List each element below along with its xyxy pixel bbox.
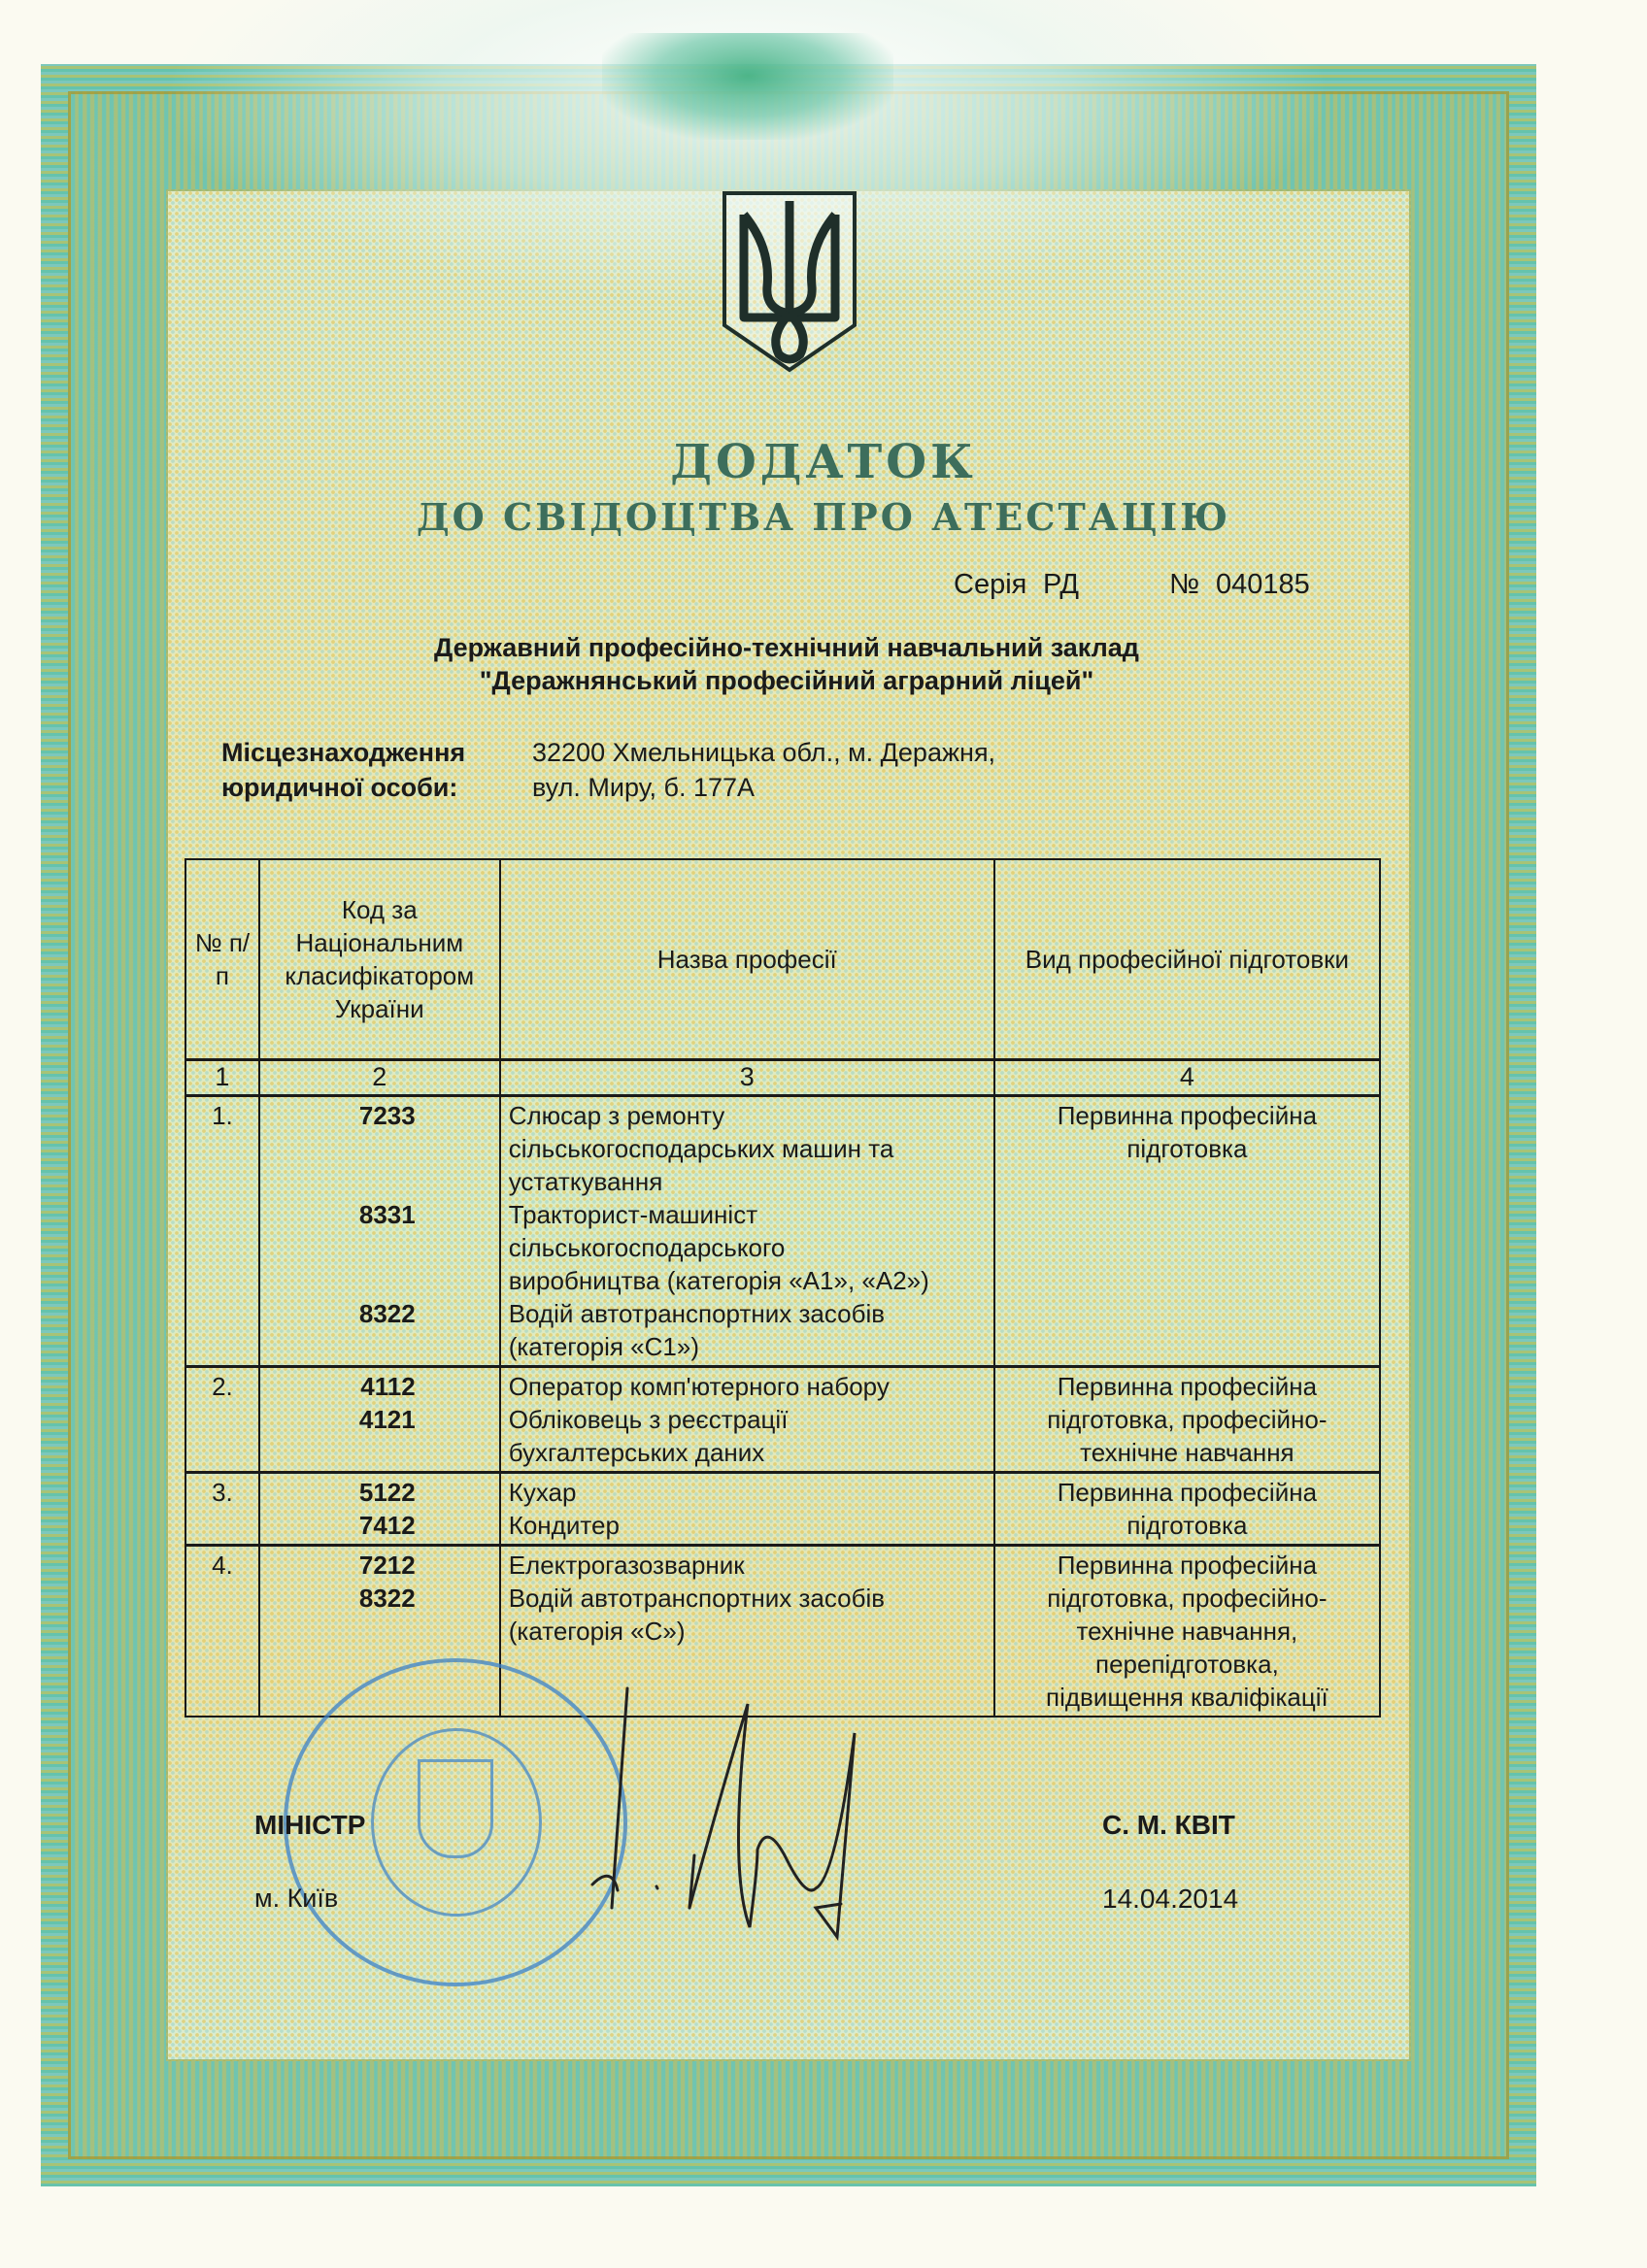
number-label: № bbox=[1169, 569, 1216, 601]
profession-name-line: (категорія «С1») bbox=[509, 1330, 986, 1363]
training-type-line: перепідготовка, bbox=[1003, 1648, 1371, 1681]
table-row: 2.41124121Оператор комп'ютерного наборуО… bbox=[185, 1367, 1380, 1473]
location-value: 32200 Хмельницька обл., м. Деражня, вул.… bbox=[532, 735, 995, 805]
profession-name-line: Слюсар з ремонту bbox=[509, 1099, 986, 1132]
code-spacer bbox=[268, 1231, 491, 1264]
table-row: 1.723383318322Слюсар з ремонтусільського… bbox=[185, 1096, 1380, 1367]
location-value-line: вул. Миру, б. 177А bbox=[532, 770, 995, 805]
institution-line-1: Державний професійно-технічний навчальни… bbox=[291, 631, 1282, 664]
profession-name-line: бухгалтерських даних bbox=[509, 1436, 986, 1469]
document-subtitle: ДО СВІДОЦТВА ПРО АТЕСТАЦІЮ bbox=[0, 495, 1647, 539]
profession-code: 4121 bbox=[268, 1403, 491, 1436]
location-value-line: 32200 Хмельницька обл., м. Деражня, bbox=[532, 735, 995, 770]
profession-name-line: виробництва (категорія «А1», «А2») bbox=[509, 1264, 986, 1297]
profession-names: КухарКондитер bbox=[500, 1473, 994, 1546]
training-type-line: підготовка, професійно- bbox=[1003, 1403, 1371, 1436]
training-type: Первинна професійнапідготовка, професійн… bbox=[994, 1367, 1380, 1473]
header-training-type: Вид професійної підготовки bbox=[994, 859, 1380, 1060]
header-code: Код за Національним класифікатором Украї… bbox=[259, 859, 500, 1060]
issue-date: 14.04.2014 bbox=[1102, 1884, 1238, 1915]
profession-name-line: Тракторист-машиніст bbox=[509, 1198, 986, 1231]
document-title: ДОДАТОК bbox=[0, 435, 1647, 489]
code-spacer bbox=[268, 1330, 491, 1363]
series-value: РД bbox=[1043, 569, 1169, 601]
header-profession: Назва професії bbox=[500, 859, 994, 1060]
code-spacer bbox=[268, 1615, 491, 1648]
series-label: Серія bbox=[954, 569, 1043, 601]
code-spacer bbox=[268, 1264, 491, 1297]
profession-codes: 723383318322 bbox=[259, 1096, 500, 1367]
table-header-row: № п/п Код за Національним класифікатором… bbox=[185, 859, 1380, 1060]
row-number: 3. bbox=[185, 1473, 259, 1546]
column-number-row: 1 2 3 4 bbox=[185, 1060, 1380, 1096]
profession-codes: 41124121 bbox=[259, 1367, 500, 1473]
profession-code: 4112 bbox=[268, 1370, 491, 1403]
code-spacer bbox=[268, 1132, 491, 1165]
profession-name-line: устаткування bbox=[509, 1165, 986, 1198]
profession-code: 7212 bbox=[268, 1549, 491, 1582]
code-spacer bbox=[268, 1436, 491, 1469]
location-label-line: Місцезнаходження bbox=[221, 735, 465, 770]
training-type-line: технічне навчання, bbox=[1003, 1615, 1371, 1648]
series-number: СеріяРД№040185 bbox=[954, 569, 1310, 601]
row-number: 2. bbox=[185, 1367, 259, 1473]
ukraine-trident-emblem-icon bbox=[721, 189, 858, 374]
profession-code: 7233 bbox=[268, 1099, 491, 1132]
header-number: № п/п bbox=[185, 859, 259, 1060]
professions-table: № п/п Код за Національним класифікатором… bbox=[185, 858, 1381, 1718]
signatory-title: МІНІСТР bbox=[254, 1810, 365, 1841]
profession-codes: 51227412 bbox=[259, 1473, 500, 1546]
training-type-line: підготовка bbox=[1003, 1509, 1371, 1542]
profession-code: 8322 bbox=[268, 1297, 491, 1330]
profession-name-line: сільськогосподарського bbox=[509, 1231, 986, 1264]
column-number: 3 bbox=[500, 1060, 994, 1096]
table-row: 3.51227412КухарКондитерПервинна професій… bbox=[185, 1473, 1380, 1546]
location-label-line: юридичної особи: bbox=[221, 770, 465, 805]
institution-line-2: "Деражнянський професійний аграрний ліце… bbox=[291, 664, 1282, 697]
signatory-name: С. М. КВІТ bbox=[1102, 1810, 1235, 1841]
profession-name-line: (категорія «С») bbox=[509, 1615, 986, 1648]
training-type-line: Первинна професійна bbox=[1003, 1099, 1371, 1132]
profession-name-line: Водій автотранспортних засобів bbox=[509, 1582, 986, 1615]
training-type: Первинна професійнапідготовка bbox=[994, 1096, 1380, 1367]
seal-emblem-icon bbox=[418, 1759, 493, 1858]
location-label: Місцезнаходження юридичної особи: bbox=[221, 735, 465, 805]
issue-city: м. Київ bbox=[254, 1884, 338, 1914]
training-type: Первинна професійнапідготовка bbox=[994, 1473, 1380, 1546]
column-number: 2 bbox=[259, 1060, 500, 1096]
training-type-line: підвищення кваліфікації bbox=[1003, 1681, 1371, 1714]
code-spacer bbox=[268, 1165, 491, 1198]
number-value: 040185 bbox=[1216, 569, 1310, 601]
profession-code: 8322 bbox=[268, 1582, 491, 1615]
profession-code: 7412 bbox=[268, 1509, 491, 1542]
decorative-ornament bbox=[602, 33, 893, 140]
training-type-line: технічне навчання bbox=[1003, 1436, 1371, 1469]
profession-names: Слюсар з ремонтусільськогосподарських ма… bbox=[500, 1096, 994, 1367]
row-number: 1. bbox=[185, 1096, 259, 1367]
training-type: Первинна професійнапідготовка, професійн… bbox=[994, 1546, 1380, 1718]
profession-code: 5122 bbox=[268, 1476, 491, 1509]
training-type-line: підготовка bbox=[1003, 1132, 1371, 1165]
profession-name-line: Обліковець з реєстрації bbox=[509, 1403, 986, 1436]
profession-name-line: Кондитер bbox=[509, 1509, 986, 1542]
training-type-line: Первинна професійна bbox=[1003, 1370, 1371, 1403]
profession-name-line: Кухар bbox=[509, 1476, 986, 1509]
profession-names: Оператор комп'ютерного наборуОбліковець … bbox=[500, 1367, 994, 1473]
profession-name-line: Оператор комп'ютерного набору bbox=[509, 1370, 986, 1403]
column-number: 4 bbox=[994, 1060, 1380, 1096]
profession-name-line: Водій автотранспортних засобів bbox=[509, 1297, 986, 1330]
training-type-line: Первинна професійна bbox=[1003, 1476, 1371, 1509]
profession-name-line: сільськогосподарських машин та bbox=[509, 1132, 986, 1165]
profession-name-line: Електрогазозварник bbox=[509, 1549, 986, 1582]
column-number: 1 bbox=[185, 1060, 259, 1096]
handwritten-signature-icon bbox=[583, 1675, 893, 1956]
row-number: 4. bbox=[185, 1546, 259, 1718]
training-type-line: підготовка, професійно- bbox=[1003, 1582, 1371, 1615]
training-type-line: Первинна професійна bbox=[1003, 1549, 1371, 1582]
profession-code: 8331 bbox=[268, 1198, 491, 1231]
